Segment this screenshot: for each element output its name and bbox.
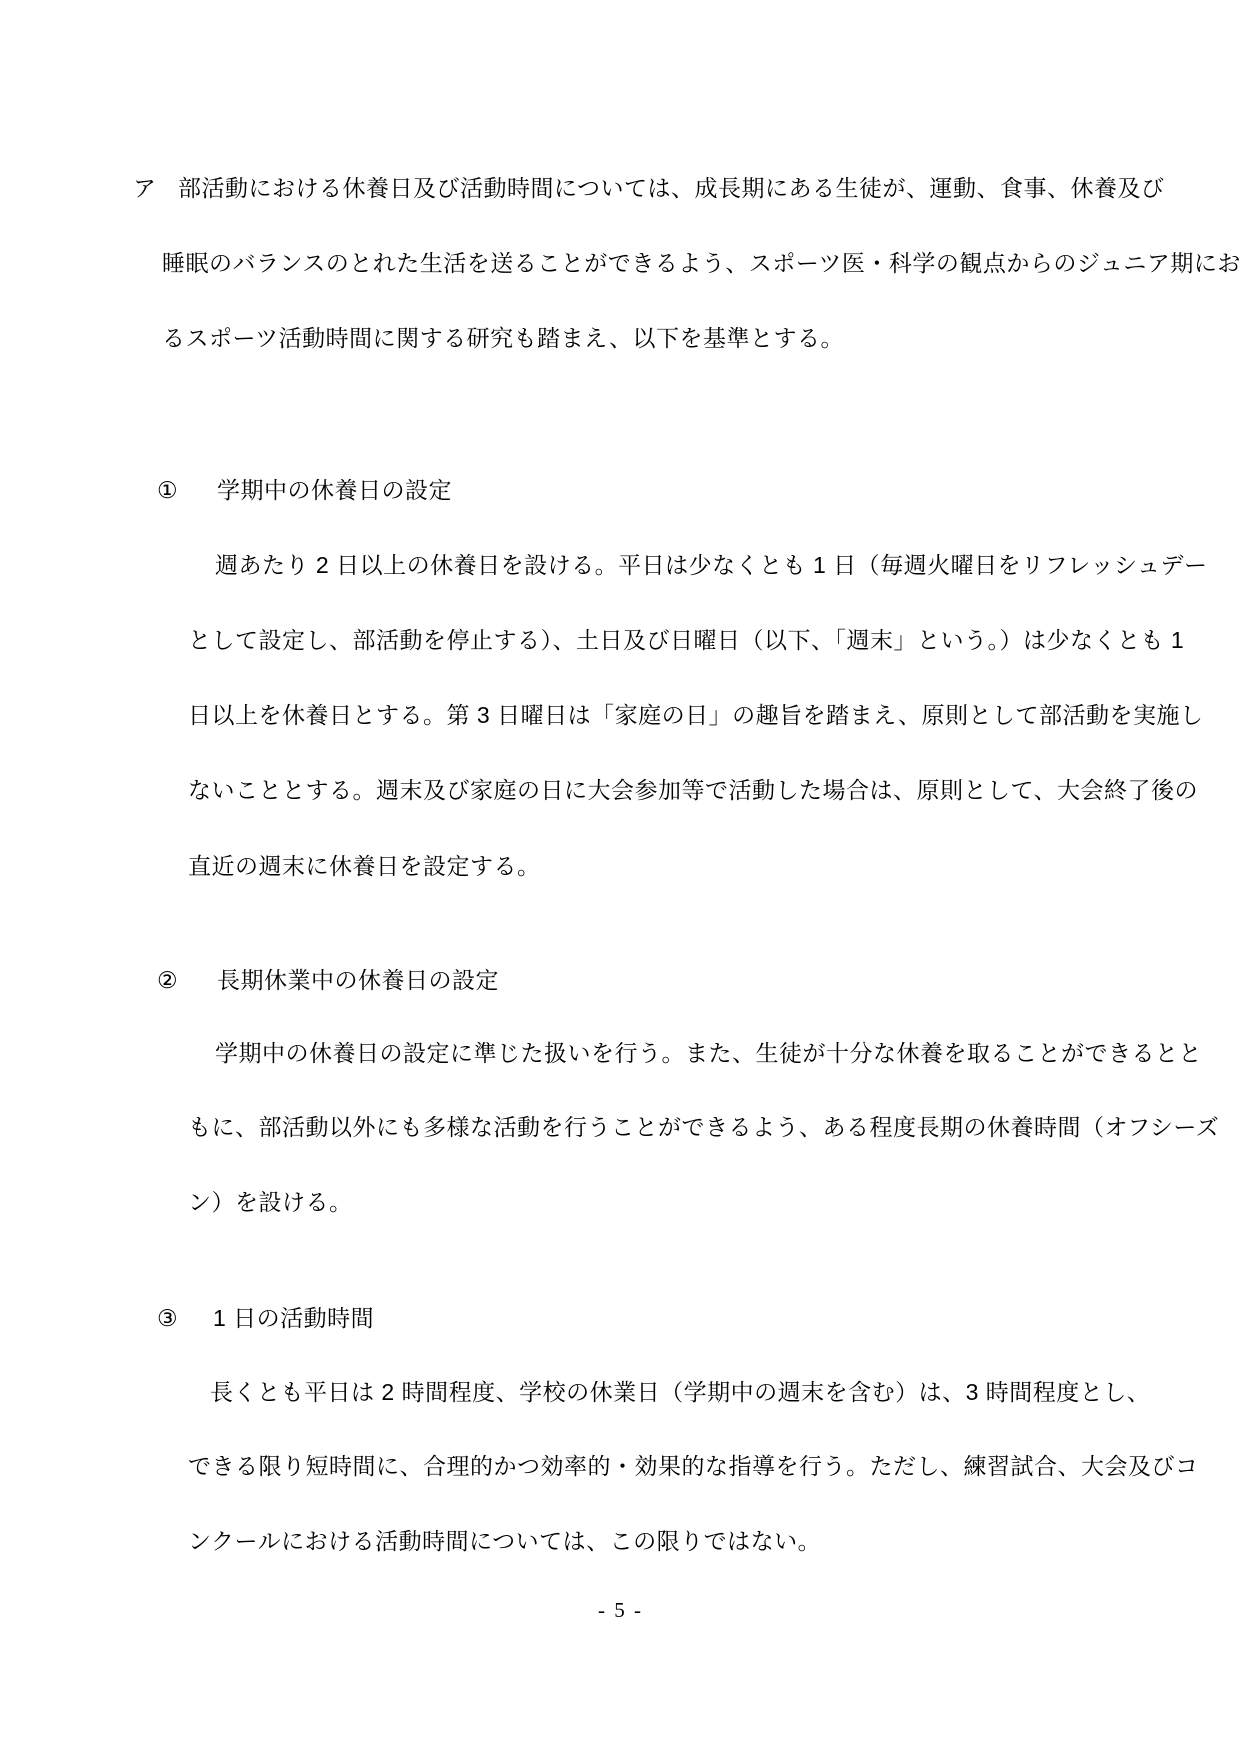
section-3-marker: ③ — [157, 1303, 178, 1333]
section-2-heading: 長期休業中の休養日の設定 — [217, 965, 499, 995]
section-2-line-1: 学期中の休養日の設定に準じた扱いを行う。また、生徒が十分な休養を取ることができる… — [215, 1038, 1202, 1068]
page-number: - 5 - — [0, 1598, 1241, 1623]
section-1-line-1: 週あたり 2 日以上の休養日を設ける。平日は少なくとも 1 日（毎週火曜日をリフ… — [215, 550, 1208, 580]
section-1-marker: ① — [157, 475, 178, 505]
section-1-line-5: 直近の週末に休養日を設定する。 — [188, 851, 541, 881]
intro-line-1: 部活動における休養日及び活動時間については、成長期にある生徒が、運動、食事、休養… — [178, 173, 1165, 203]
intro-line-2: 睡眠のバランスのとれた生活を送ることができるよう、スポーツ医・科学の観点からのジ… — [162, 248, 1241, 278]
section-3-line-1: 長くとも平日は 2 時間程度、学校の休業日（学期中の週末を含む）は、3 時間程度… — [210, 1377, 1150, 1407]
section-1-line-3: 日以上を休養日とする。第 3 日曜日は「家庭の日」の趣旨を踏まえ、原則として部活… — [188, 700, 1203, 730]
intro-marker: ア — [133, 173, 157, 203]
document-page: ア 部活動における休養日及び活動時間については、成長期にある生徒が、運動、食事、… — [0, 0, 1241, 1755]
section-1-line-4: ないこととする。週末及び家庭の日に大会参加等で活動した場合は、原則として、大会終… — [188, 775, 1198, 805]
section-2-line-3: ン）を設ける。 — [188, 1187, 353, 1217]
section-3-heading: 1 日の活動時間 — [213, 1303, 374, 1333]
section-3-line-3: ンクールにおける活動時間については、この限りではない。 — [188, 1526, 821, 1556]
section-1-heading: 学期中の休養日の設定 — [217, 475, 452, 505]
intro-line-3: るスポーツ活動時間に関する研究も踏まえ、以下を基準とする。 — [162, 323, 844, 353]
section-3-line-2: できる限り短時間に、合理的かつ効率的・効果的な指導を行う。ただし、練習試合、大会… — [188, 1451, 1199, 1481]
section-2-line-2: もに、部活動以外にも多様な活動を行うことができるよう、ある程度長期の休養時間（オ… — [188, 1112, 1219, 1142]
section-1-line-2: として設定し、部活動を停止する）、土日及び日曜日（以下、「週末」という。）は少な… — [188, 625, 1184, 655]
section-2-marker: ② — [157, 965, 178, 995]
